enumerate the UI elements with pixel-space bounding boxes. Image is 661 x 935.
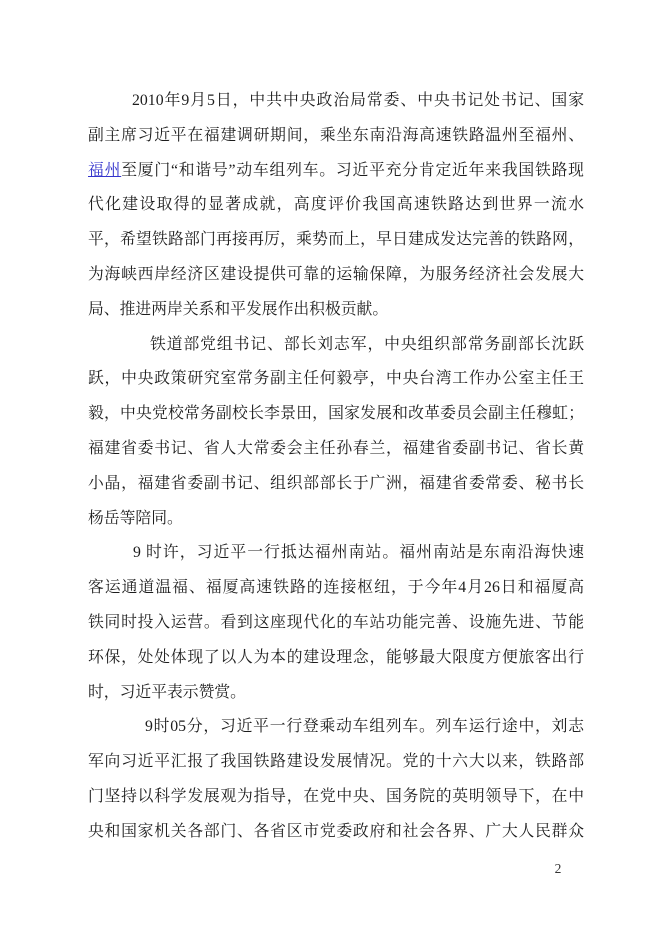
text-line: 福建省委书记、省人大常委会主任孙春兰，福建省委副书记、省长黄 bbox=[88, 432, 584, 467]
text-line: 毅，中央党校常务副校长李景田，国家发展和改革委员会副主任穆虹； bbox=[88, 397, 584, 432]
text-line: 时，习近平表示赞赏。 bbox=[88, 676, 584, 711]
paragraph: 2010年9月5日，中共中央政治局常委、中央书记处书记、国家 副主席习近平在福建… bbox=[88, 84, 584, 328]
text-line-segment: 至厦门“和谐号”动车组列车。习近平充分肯定近年来我国铁路现 bbox=[121, 162, 584, 179]
page-number: 2 bbox=[548, 860, 568, 878]
text-line: 门坚持以科学发展观为指导，在党中央、国务院的英明领导下，在中 bbox=[88, 780, 584, 815]
text-line: 铁同时投入运营。看到这座现代化的车站功能完善、设施先进、节能 bbox=[88, 606, 584, 641]
text-line: 平，希望铁路部门再接再厉，乘势而上，早日建成发达完善的铁路网， bbox=[88, 223, 584, 258]
document-body: 2010年9月5日，中共中央政治局常委、中央书记处书记、国家 副主席习近平在福建… bbox=[88, 84, 584, 850]
text-line: 军向习近平汇报了我国铁路建设发展情况。党的十六大以来，铁路部 bbox=[88, 745, 584, 780]
text-line: 小晶，福建省委副书记、组织部部长于广洲，福建省委常委、秘书长 bbox=[88, 467, 584, 502]
text-line: 2010年9月5日，中共中央政治局常委、中央书记处书记、国家 bbox=[88, 84, 584, 119]
paragraph: 9 时许，习近平一行抵达福州南站。福州南站是东南沿海快速 客运通道温福、福厦高速… bbox=[88, 536, 584, 710]
text-line: 铁道部党组书记、部长刘志军，中央组织部常务副部长沈跃 bbox=[88, 328, 584, 363]
text-line: 代化建设取得的显著成就，高度评价我国高速铁路达到世界一流水 bbox=[88, 188, 584, 223]
text-line: 副主席习近平在福建调研期间，乘坐东南沿海高速铁路温州至福州、 bbox=[88, 119, 584, 154]
text-line: 环保，处处体现了以人为本的建设理念，能够最大限度方便旅客出行 bbox=[88, 641, 584, 676]
text-line: 局、推进两岸关系和平发展作出积极贡献。 bbox=[88, 293, 584, 328]
fuzhou-hyperlink[interactable]: 福州 bbox=[88, 162, 121, 179]
paragraph: 铁道部党组书记、部长刘志军，中央组织部常务副部长沈跃 跃，中央政策研究室常务副主… bbox=[88, 328, 584, 537]
document-page: 2010年9月5日，中共中央政治局常委、中央书记处书记、国家 副主席习近平在福建… bbox=[0, 0, 661, 935]
paragraph: 9时05分，习近平一行登乘动车组列车。列车运行途中，刘志 军向习近平汇报了我国铁… bbox=[88, 710, 584, 849]
text-line: 杨岳等陪同。 bbox=[88, 502, 584, 537]
text-line: 福州至厦门“和谐号”动车组列车。习近平充分肯定近年来我国铁路现 bbox=[88, 154, 584, 189]
text-line: 跃，中央政策研究室常务副主任何毅亭，中央台湾工作办公室主任王 bbox=[88, 362, 584, 397]
text-line: 客运通道温福、福厦高速铁路的连接枢纽，于今年4月26日和福厦高 bbox=[88, 571, 584, 606]
text-line: 9 时许，习近平一行抵达福州南站。福州南站是东南沿海快速 bbox=[88, 536, 584, 571]
text-line: 9时05分，习近平一行登乘动车组列车。列车运行途中，刘志 bbox=[88, 710, 584, 745]
text-line: 为海峡西岸经济区建设提供可靠的运输保障，为服务经济社会发展大 bbox=[88, 258, 584, 293]
text-line: 央和国家机关各部门、各省区市党委政府和社会各界、广大人民群众 bbox=[88, 815, 584, 850]
